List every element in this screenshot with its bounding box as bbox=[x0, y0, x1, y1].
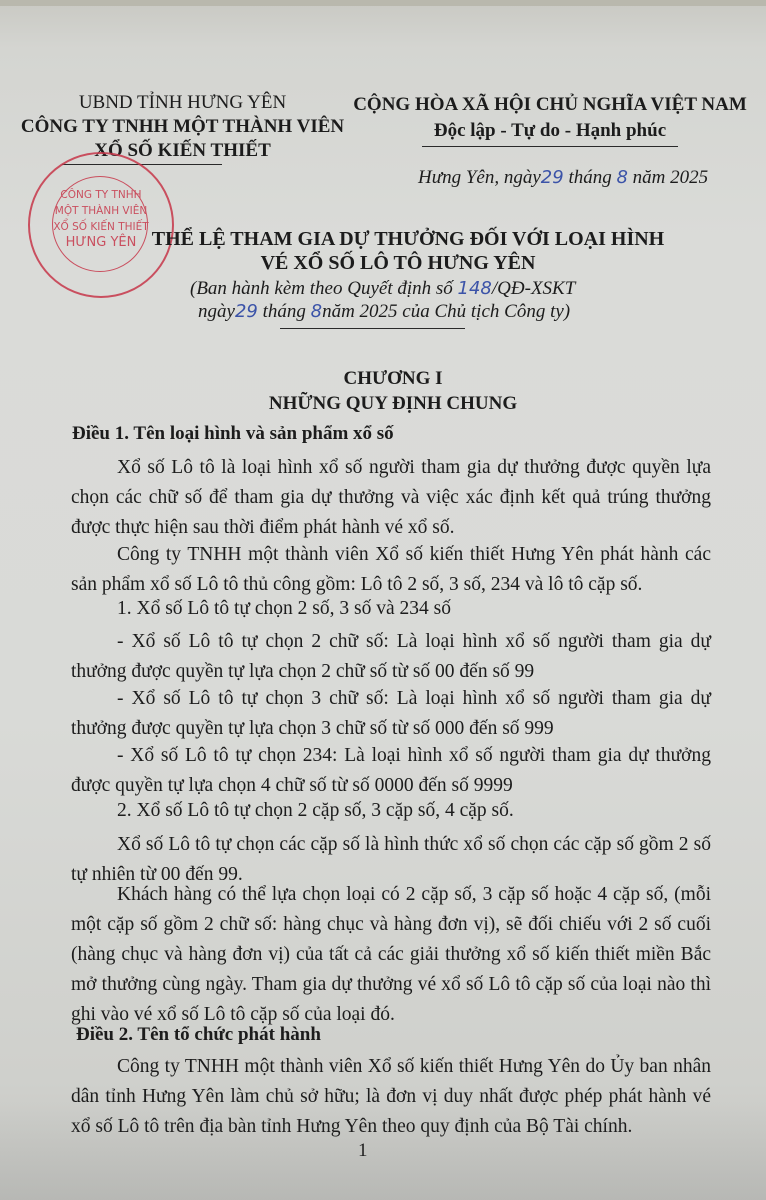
paper-edge bbox=[0, 0, 766, 6]
paragraph-text: - Xổ số Lô tô tự chọn 234: Là loại hình … bbox=[71, 745, 711, 796]
seal-text-1: CÔNG TY TNHH bbox=[30, 188, 172, 202]
paragraph-text: Xổ số Lô tô là loại hình xổ số người tha… bbox=[71, 457, 711, 538]
title-underline bbox=[280, 328, 465, 329]
handwritten-decision-number: 148 bbox=[458, 278, 492, 299]
article-1-item-1: 1. Xổ số Lô tô tự chọn 2 số, 3 số và 234… bbox=[117, 598, 451, 620]
article-1-item-1b: - Xổ số Lô tô tự chọn 3 chữ số: Là loại … bbox=[71, 684, 711, 744]
issuance-line1: (Ban hành kèm theo Quyết định số 148/QĐ-… bbox=[190, 278, 575, 300]
issuance-prefix: (Ban hành kèm theo Quyết định số bbox=[190, 278, 453, 299]
paragraph-text: Khách hàng có thể lựa chọn loại có 2 cặp… bbox=[71, 884, 711, 1025]
header-right-underline bbox=[422, 146, 678, 147]
issuance-line2: ngày29 tháng 8năm 2025 của Chủ tịch Công… bbox=[198, 301, 570, 323]
chapter-name: NHỮNG QUY ĐỊNH CHUNG bbox=[0, 393, 766, 415]
handwritten-month: 8 bbox=[616, 167, 627, 188]
issuance-month-label: tháng bbox=[263, 301, 306, 322]
date-prefix: Hưng Yên, ngày bbox=[418, 167, 541, 188]
article-1-item-2: 2. Xổ số Lô tô tự chọn 2 cặp số, 3 cặp s… bbox=[117, 800, 514, 822]
seal-text-2: MỘT THÀNH VIÊN bbox=[30, 204, 172, 218]
company-name-line1: CÔNG TY TNHH MỘT THÀNH VIÊN bbox=[0, 116, 365, 138]
month-label: tháng bbox=[568, 167, 611, 188]
article-1-heading: Điều 1. Tên loại hình và sản phẩm xổ số bbox=[72, 423, 394, 445]
article-1-paragraph-1: Xổ số Lô tô là loại hình xổ số người tha… bbox=[71, 453, 711, 543]
document-date: Hưng Yên, ngày29 tháng 8 năm 2025 bbox=[418, 167, 708, 189]
issuance-suffix: năm 2025 của Chủ tịch Công ty) bbox=[322, 301, 570, 322]
paragraph-text: - Xổ số Lô tô tự chọn 2 chữ số: Là loại … bbox=[71, 631, 711, 682]
paragraph-text: Công ty TNHH một thành viên Xổ số kiến t… bbox=[71, 544, 711, 595]
handwritten-issuance-day: 29 bbox=[235, 301, 258, 322]
article-2-heading: Điều 2. Tên tổ chức phát hành bbox=[76, 1024, 321, 1046]
nation-name: CỘNG HÒA XÃ HỘI CHỦ NGHĨA VIỆT NAM bbox=[335, 94, 765, 116]
chapter-number: CHƯƠNG I bbox=[0, 368, 766, 390]
article-1-paragraph-2: Công ty TNHH một thành viên Xổ số kiến t… bbox=[71, 540, 711, 600]
national-motto: Độc lập - Tự do - Hạnh phúc bbox=[335, 120, 765, 142]
handwritten-issuance-month: 8 bbox=[311, 301, 322, 322]
authority-name: UBND TỈNH HƯNG YÊN bbox=[0, 92, 365, 114]
issuance-day-label: ngày bbox=[198, 301, 235, 322]
decision-code: /QĐ-XSKT bbox=[492, 278, 575, 299]
handwritten-day: 29 bbox=[541, 167, 564, 188]
company-name-line2: XỔ SỐ KIẾN THIẾT bbox=[0, 140, 365, 162]
year-label: năm 2025 bbox=[633, 167, 708, 188]
document-title-line1: THỂ LỆ THAM GIA DỰ THƯỞNG ĐỐI VỚI LOẠI H… bbox=[0, 228, 766, 251]
company-seal-stamp: CÔNG TY TNHH MỘT THÀNH VIÊN XỔ SỐ KIẾN T… bbox=[28, 152, 174, 298]
document-title-line2: VÉ XỔ SỐ LÔ TÔ HƯNG YÊN bbox=[0, 252, 766, 275]
article-1-item-1a: - Xổ số Lô tô tự chọn 2 chữ số: Là loại … bbox=[71, 627, 711, 687]
paper-shadow bbox=[0, 1100, 766, 1200]
article-1-item-1c: - Xổ số Lô tô tự chọn 234: Là loại hình … bbox=[71, 741, 711, 801]
paragraph-text: Xổ số Lô tô tự chọn các cặp số là hình t… bbox=[71, 834, 711, 885]
article-1-item-2b: Khách hàng có thể lựa chọn loại có 2 cặp… bbox=[71, 880, 711, 1030]
paragraph-text: - Xổ số Lô tô tự chọn 3 chữ số: Là loại … bbox=[71, 688, 711, 739]
